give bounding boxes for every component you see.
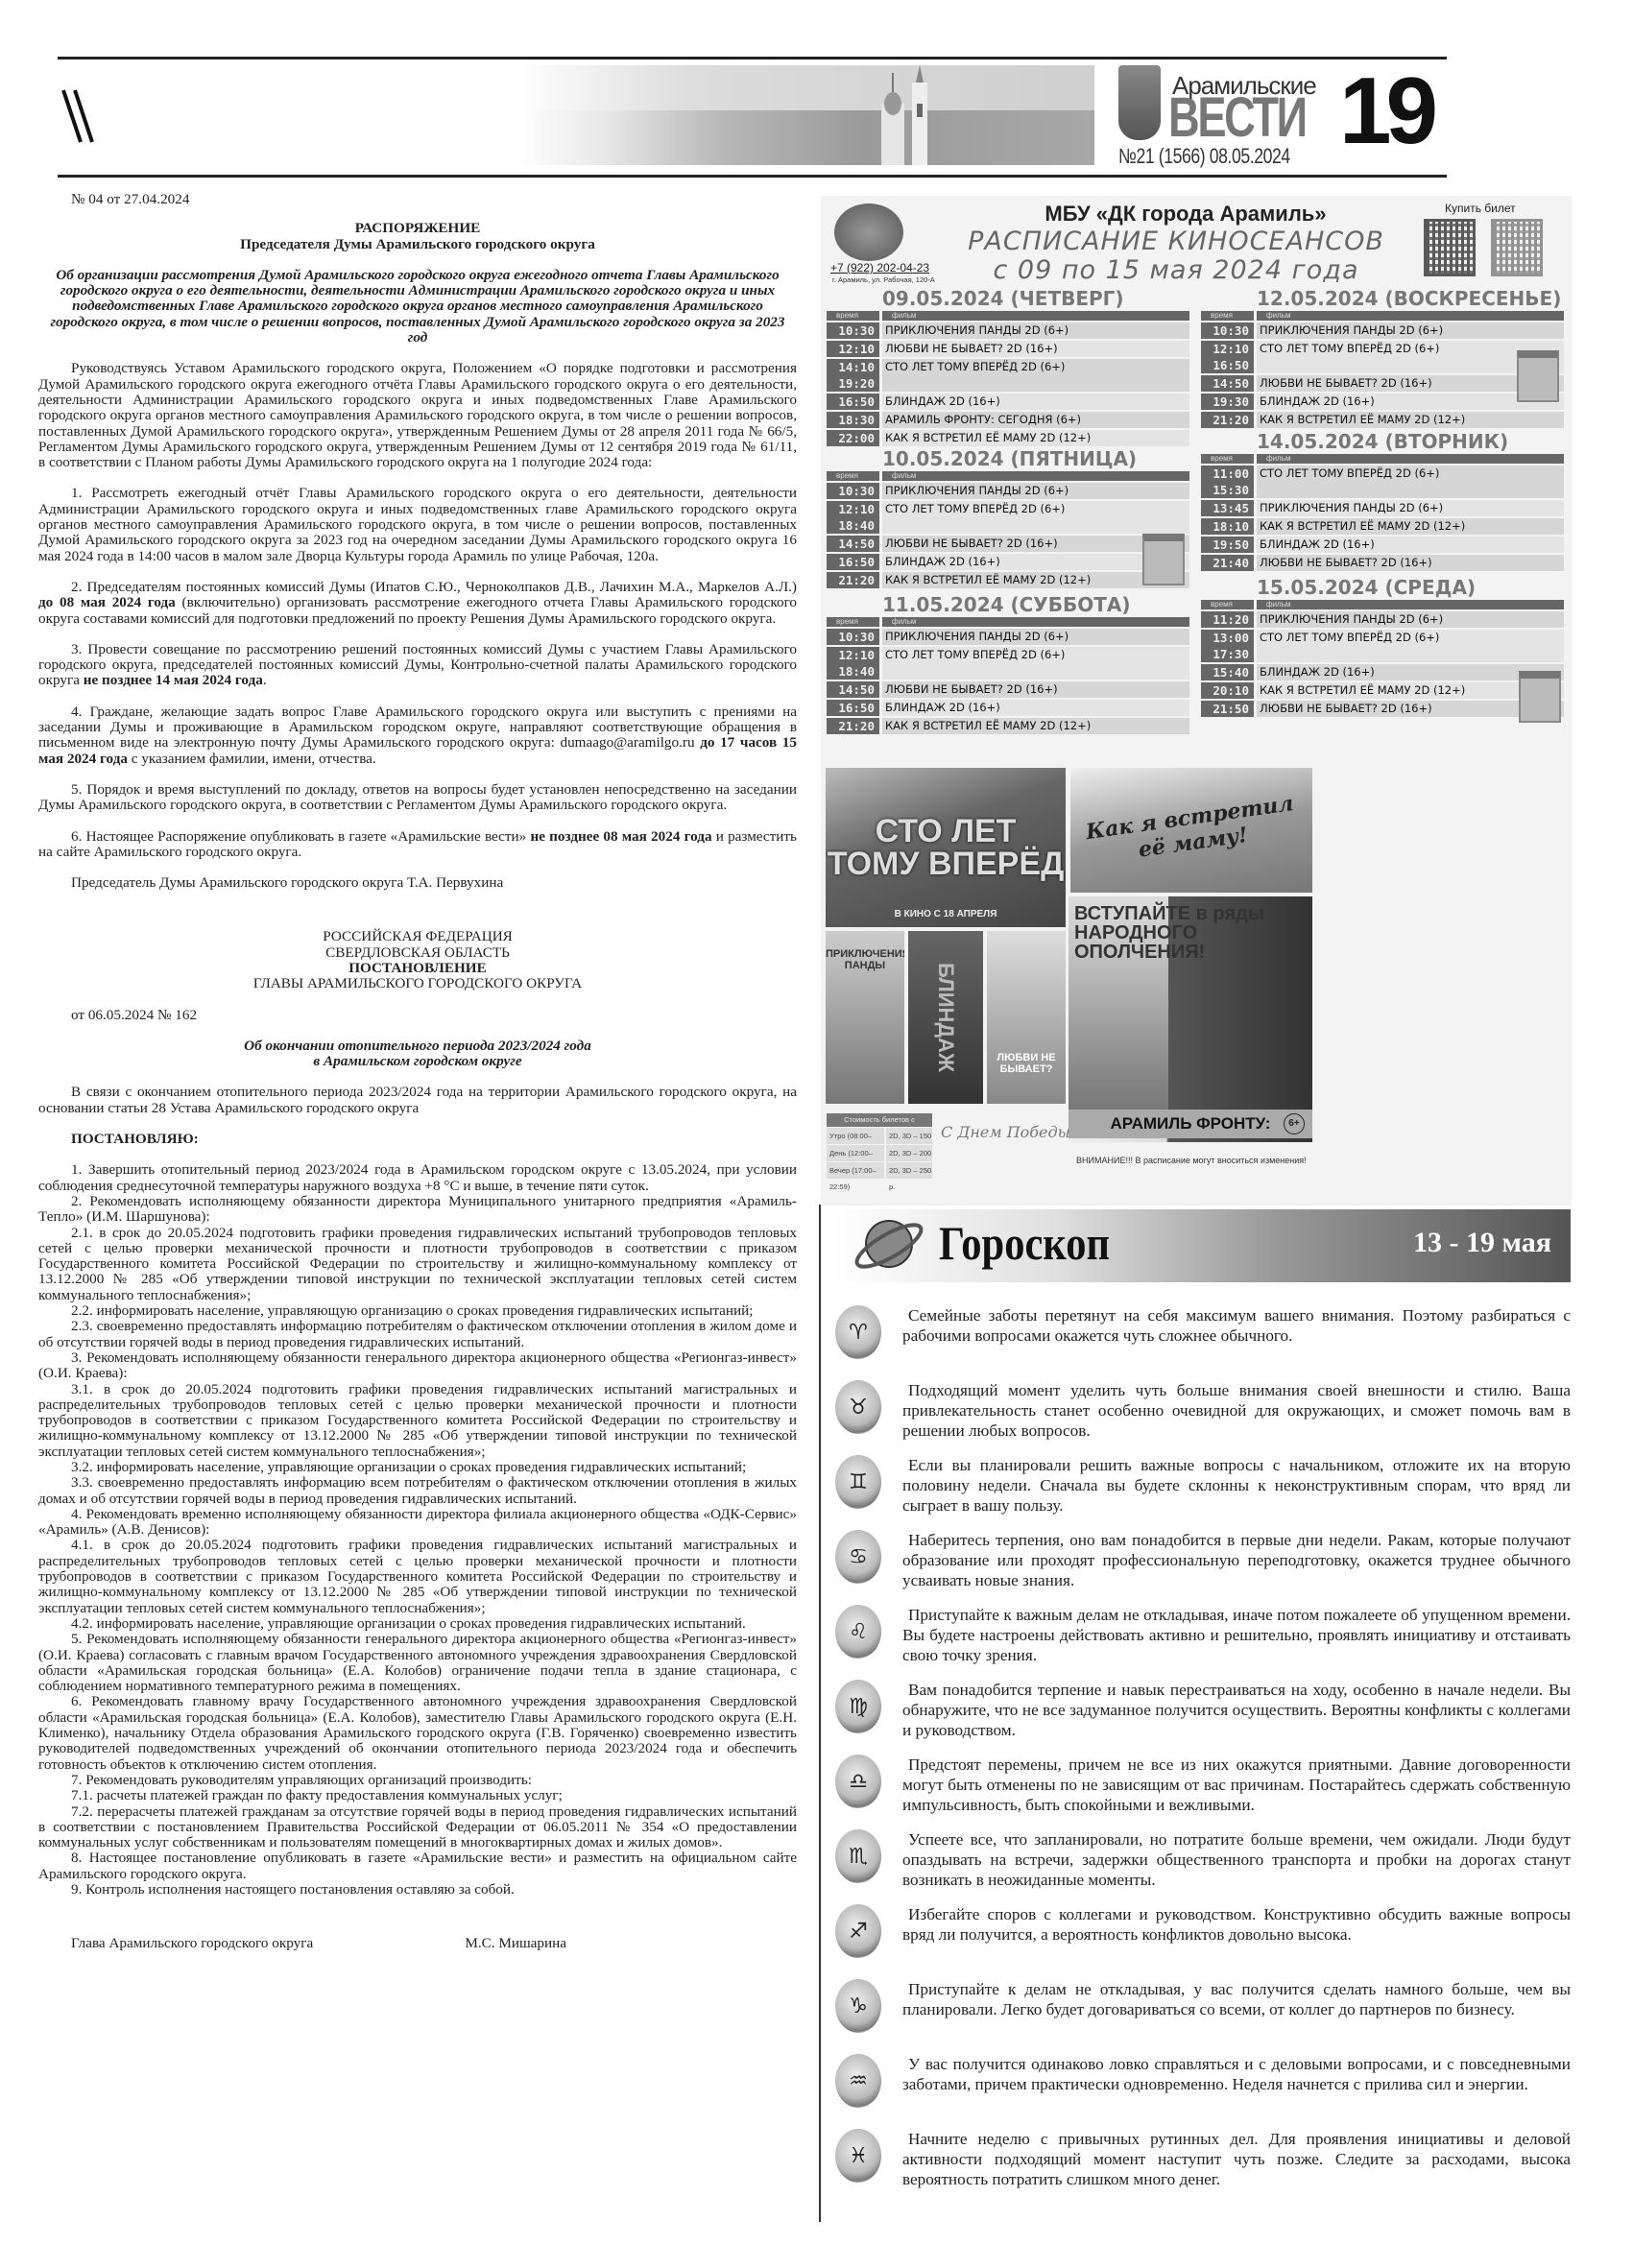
film-title: БЛИНДАЖ 2D (16+) (882, 394, 1189, 410)
horoscope-sign-libra: ♎Предстоят перемены, причем не все из ни… (833, 1755, 1571, 1829)
col-film: фильм (882, 471, 1189, 481)
session-times: 19:30 (1201, 394, 1254, 410)
virgo-icon: ♍ (835, 1680, 881, 1733)
schedule-row: 14:50ЛЮБВИ НЕ БЫВАЕТ? 2D (16+) (1201, 375, 1564, 392)
decree-item: 4.1. в срок до 20.05.2024 подготовить гр… (38, 1538, 797, 1615)
order-signature: Председатель Думы Арамильского городског… (38, 875, 797, 891)
schedule-row: 21:40ЛЮБВИ НЕ БЫВАЕТ? 2D (16+) (1201, 555, 1564, 571)
horoscope-sign-capricorn: ♑Приступайте к делам не откладывая, у ва… (833, 1979, 1571, 2054)
cinema-logo-icon (834, 203, 903, 261)
decree-item: 7.2. перерасчеты платежей гражданам за о… (38, 1804, 797, 1851)
col-time: время (827, 311, 879, 321)
session-time: 19:30 (1201, 394, 1249, 410)
session-time: 16:50 (827, 700, 875, 716)
film-title: КАК Я ВСТРЕТИЛ ЕЁ МАМУ 2D (12+) (1257, 412, 1564, 428)
newspaper-logo: Арамильские ВЕСТИ №21 (1566) 08.05.2024 … (1117, 65, 1448, 169)
horoscope-sign-pisces: ♓Начните неделю с привычных рутинных дел… (833, 2129, 1571, 2204)
horoscope-dates: 13 - 19 мая (1413, 1209, 1551, 1277)
official-documents-column: № 04 от 27.04.2024 РАСПОРЯЖЕНИЕ Председа… (38, 192, 797, 1952)
session-time: 21:20 (827, 718, 875, 734)
poster-priklyucheniya-pandy: ПРИКЛЮЧЕНИЯ ПАНДЫ (826, 931, 904, 1104)
session-times: 13:45 (1201, 500, 1254, 516)
decree-item: 2. Рекомендовать исполняющему обязанност… (38, 1194, 797, 1226)
schedule-row: 19:50БЛИНДАЖ 2D (16+) (1201, 537, 1564, 553)
horoscope-sign-aries: ♈Семейные заботы перетянут на себя макси… (833, 1305, 1571, 1380)
decree-item: 6. Рекомендовать главному врачу Государс… (38, 1694, 797, 1772)
session-times: 12:1018:40 (827, 647, 879, 680)
order-title: РАСПОРЯЖЕНИЕ (38, 221, 797, 236)
decree-signature: Глава Арамильского городского округаМ.С.… (38, 1936, 797, 1951)
masthead-bottom-rule (58, 175, 1447, 178)
decree-item: 4.2. информировать население, управляющи… (38, 1616, 797, 1632)
session-times: 22:00 (827, 430, 879, 446)
cancer-icon: ♋ (835, 1530, 881, 1584)
schedule-row: 21:50ЛЮБВИ НЕ БЫВАЕТ? 2D (16+) (1201, 701, 1564, 717)
schedule-row: 15:40БЛИНДАЖ 2D (16+) (1201, 664, 1564, 680)
order-item-1: 1. Рассмотреть ежегодный отчёт Главы Ара… (38, 486, 797, 563)
film-title: ПРИКЛЮЧЕНИЯ ПАНДЫ 2D (6+) (1257, 611, 1564, 628)
schedule-row: 14:50ЛЮБВИ НЕ БЫВАЕТ? 2D (16+) (827, 536, 1189, 552)
col-film: фильм (1257, 454, 1564, 464)
decree-resolve: ПОСТАНОВЛЯЮ: (38, 1132, 797, 1147)
order-number-date: № 04 от 27.04.2024 (38, 192, 797, 207)
schedule-row: 10:30ПРИКЛЮЧЕНИЯ ПАНДЫ 2D (6+) (1201, 322, 1564, 339)
schedule-row: 12:1016:50СТО ЛЕТ ТОМУ ВПЕРЁД 2D (6+) (1201, 341, 1564, 373)
schedule-table-header: времяфильм (827, 311, 1189, 321)
session-time: 15:40 (1201, 664, 1249, 680)
schedule-row: 11:0015:30СТО ЛЕТ ТОМУ ВПЕРЁД 2D (6+) (1201, 466, 1564, 498)
order-item-2: 2. Председателям постоянных комиссий Дум… (38, 580, 797, 627)
film-title: ПРИКЛЮЧЕНИЯ ПАНДЫ 2D (6+) (882, 322, 1189, 339)
session-times: 18:30 (827, 412, 879, 428)
horoscope-text: Подходящий момент уделить чуть больше вн… (902, 1380, 1571, 1441)
poster-sto-let-tomu-vpered: СТО ЛЕТ ТОМУ ВПЕРЁДВ КИНО С 18 АПРЕЛЯ (826, 768, 1066, 927)
schedule-day: 14.05.2024 (ВТОРНИК)времяфильм11:0015:30… (1201, 430, 1564, 573)
buy-ticket-qr-icon[interactable] (1424, 219, 1476, 276)
clapperboard-qr-icon[interactable] (1519, 671, 1561, 723)
session-times: 10:30 (827, 629, 879, 645)
film-title: КАК Я ВСТРЕТИЛ ЕЁ МАМУ 2D (12+) (1257, 518, 1564, 535)
schedule-day: 15.05.2024 (СРЕДА)времяфильм11:20ПРИКЛЮЧ… (1201, 576, 1564, 719)
session-time: 10:30 (827, 322, 875, 339)
decorative-slashes-icon (60, 88, 117, 144)
col-time: время (827, 471, 879, 481)
session-times: 14:50 (1201, 375, 1254, 392)
page-number: 19 (1339, 63, 1432, 157)
session-time: 21:40 (1201, 555, 1249, 571)
decree-preamble: В связи с окончанием отопительного перио… (38, 1085, 797, 1116)
session-times: 16:50 (827, 700, 879, 716)
decree-item: 8. Настоящее постановление опубликовать … (38, 1850, 797, 1882)
schedule-day-date: 09.05.2024 (ЧЕТВЕРГ) (827, 287, 1189, 311)
schedule-row: 21:20КАК Я ВСТРЕТИЛ ЕЁ МАМУ 2D (12+) (1201, 412, 1564, 428)
session-time: 13:00 (1201, 630, 1249, 646)
film-title: БЛИНДАЖ 2D (16+) (1257, 664, 1564, 680)
buy-ticket-qr-icon-2[interactable] (1491, 219, 1543, 276)
decree-item: 3.3. своевременно предоставлять информац… (38, 1475, 797, 1507)
session-times: 21:20 (827, 572, 879, 588)
film-title: СТО ЛЕТ ТОМУ ВПЕРЁД 2D (6+) (1257, 466, 1564, 498)
schedule-day-date: 12.05.2024 (ВОСКРЕСЕНЬЕ) (1201, 287, 1564, 311)
horoscope-sign-gemini: ♊Если вы планировали решить важные вопро… (833, 1455, 1571, 1530)
schedule-row: 13:45ПРИКЛЮЧЕНИЯ ПАНДЫ 2D (6+) (1201, 500, 1564, 516)
order-subtitle: Председателя Думы Арамильского городског… (38, 237, 797, 252)
session-times: 15:40 (1201, 664, 1254, 680)
decree-header-author: ГЛАВЫ АРАМИЛЬСКОГО ГОРОДСКОГО ОКРУГА (38, 976, 797, 991)
session-time: 17:30 (1201, 646, 1249, 662)
decree-item: 3. Рекомендовать исполняющему обязанност… (38, 1350, 797, 1382)
decree-item: 1. Завершить отопительный период 2023/20… (38, 1162, 797, 1194)
church-banner-photo (518, 65, 1094, 165)
schedule-row: 16:50БЛИНДАЖ 2D (16+) (827, 700, 1189, 716)
film-title: БЛИНДАЖ 2D (16+) (882, 700, 1189, 716)
planet-icon (851, 1206, 927, 1282)
order-item-5: 5. Порядок и время выступлений по доклад… (38, 782, 797, 814)
col-time: время (827, 617, 879, 627)
schedule-day: 12.05.2024 (ВОСКРЕСЕНЬЕ)времяфильм10:30П… (1201, 287, 1564, 430)
logo-name-big: ВЕСТИ (1168, 90, 1306, 146)
horoscope-sign-sagittarius: ♐Избегайте споров с коллегами и руководс… (833, 1904, 1571, 1979)
schedule-row: 14:50ЛЮБВИ НЕ БЫВАЕТ? 2D (16+) (827, 681, 1189, 698)
decree-header-type: ПОСТАНОВЛЕНИЕ (38, 961, 797, 976)
clapperboard-qr-icon[interactable] (1517, 350, 1559, 402)
session-times: 16:50 (827, 554, 879, 570)
col-film: фильм (1257, 311, 1564, 321)
session-time: 19:50 (1201, 537, 1249, 553)
film-title: СТО ЛЕТ ТОМУ ВПЕРЁД 2D (6+) (882, 647, 1189, 680)
schedule-row: 16:50БЛИНДАЖ 2D (16+) (827, 554, 1189, 570)
session-time: 21:20 (827, 572, 875, 588)
col-film: фильм (882, 617, 1189, 627)
horoscope-text: Вам понадобится терпение и навык перестр… (902, 1680, 1571, 1740)
session-times: 18:10 (1201, 518, 1254, 535)
session-times: 12:1016:50 (1201, 341, 1254, 373)
cinema-address: г. Арамиль, ул. Рабочая, 120-А (832, 275, 935, 284)
session-time: 14:50 (827, 681, 875, 698)
session-time: 11:00 (1201, 466, 1249, 482)
masthead-top-rule (58, 57, 1447, 60)
ticket-prices-table: Стоимость билетов с 01.01.2023 Утро (08:… (827, 1113, 932, 1179)
col-time: время (1201, 311, 1254, 321)
decree-item: 2.1. в срок до 20.05.2024 подготовить гр… (38, 1226, 797, 1303)
schedule-day-date: 10.05.2024 (ПЯТНИЦА) (827, 447, 1189, 471)
cinema-title: РАСПИСАНИЕ КИНОСЕАНСОВс 09 по 15 мая 202… (926, 227, 1426, 285)
session-times: 14:50 (827, 536, 879, 552)
film-title: ЛЮБВИ НЕ БЫВАЕТ? 2D (16+) (1257, 555, 1564, 571)
film-title: АРАМИЛЬ ФРОНТУ: СЕГОДНЯ (6+) (882, 412, 1189, 428)
col-film: фильм (1257, 600, 1564, 609)
poster-blindazh: БЛИНДАЖ (908, 931, 983, 1104)
schedule-day: 09.05.2024 (ЧЕТВЕРГ)времяфильм10:30ПРИКЛ… (827, 287, 1189, 448)
poster-kak-ya-vstretil: Как я встретил её маму! (1070, 768, 1312, 893)
session-time: 10:30 (827, 629, 875, 645)
horoscope-title: Гороскоп (939, 1209, 1110, 1277)
session-time: 16:50 (1201, 357, 1249, 373)
order-item-6: 6. Настоящее Распоряжение опубликовать в… (38, 829, 797, 861)
decree-item: 3.2. информировать население, управляющи… (38, 1460, 797, 1475)
order-item-4: 4. Граждане, желающие задать вопрос Глав… (38, 704, 797, 767)
horoscope-text: Успеете все, что запланировали, но потра… (902, 1829, 1571, 1890)
film-title: ПРИКЛЮЧЕНИЯ ПАНДЫ 2D (6+) (1257, 322, 1564, 339)
schedule-row: 21:20КАК Я ВСТРЕТИЛ ЕЁ МАМУ 2D (12+) (827, 718, 1189, 734)
session-times: 10:30 (827, 322, 879, 339)
horoscope-sign-taurus: ♉Подходящий момент уделить чуть больше в… (833, 1380, 1571, 1455)
gemini-icon: ♊ (835, 1455, 881, 1509)
horoscope-sign-cancer: ♋Наберитесь терпения, оно вам понадобитс… (833, 1530, 1571, 1605)
cinema-organization: МБУ «ДК города Арамиль» (974, 202, 1397, 227)
poster-lyubvi-ne-byvaet: ЛЮБВИ НЕ БЫВАЕТ? (987, 931, 1066, 1104)
session-times: 21:20 (827, 718, 879, 734)
horoscope-sign-leo: ♌Приступайте к важным делам не откладыва… (833, 1605, 1571, 1680)
horoscope-text: Приступайте к делам не откладывая, у вас… (902, 1979, 1571, 2019)
film-title: СТО ЛЕТ ТОМУ ВПЕРЁД 2D (6+) (1257, 630, 1564, 662)
session-times: 21:50 (1201, 701, 1254, 717)
session-time: 12:10 (1201, 341, 1249, 357)
schedule-row: 18:30АРАМИЛЬ ФРОНТУ: СЕГОДНЯ (6+) (827, 412, 1189, 428)
schedule-row: 10:30ПРИКЛЮЧЕНИЯ ПАНДЫ 2D (6+) (827, 629, 1189, 645)
session-times: 10:30 (827, 483, 879, 499)
schedule-row: 10:30ПРИКЛЮЧЕНИЯ ПАНДЫ 2D (6+) (827, 322, 1189, 339)
capricorn-icon: ♑ (835, 1979, 881, 2033)
film-title: ПРИКЛЮЧЕНИЯ ПАНДЫ 2D (6+) (1257, 500, 1564, 516)
victory-day-greeting: С Днем Победы (941, 1123, 1070, 1141)
order-preamble: Руководствуясь Уставом Арамильского горо… (38, 361, 797, 470)
session-times: 11:20 (1201, 611, 1254, 628)
film-title: ЛЮБВИ НЕ БЫВАЕТ? 2D (16+) (882, 681, 1189, 698)
session-time: 21:50 (1201, 701, 1249, 717)
schedule-table-header: времяфильм (1201, 454, 1564, 464)
schedule-row: 10:30ПРИКЛЮЧЕНИЯ ПАНДЫ 2D (6+) (827, 483, 1189, 499)
order-item-3: 3. Провести совещание по рассмотрению ре… (38, 642, 797, 689)
session-time: 14:50 (1201, 375, 1249, 392)
col-time: время (1201, 600, 1254, 609)
session-times: 12:1018:40 (827, 501, 879, 534)
session-time: 18:10 (1201, 518, 1249, 535)
col-film: фильм (882, 311, 1189, 321)
horoscope-signs: ♈Семейные заботы перетянут на себя макси… (833, 1305, 1571, 2204)
schedule-table-header: времяфильм (1201, 600, 1564, 609)
horoscope-header: Гороскоп 13 - 19 мая (833, 1209, 1571, 1282)
schedule-day-date: 11.05.2024 (СУББОТА) (827, 593, 1189, 617)
session-times: 14:1019:20 (827, 359, 879, 392)
col-time: время (1201, 454, 1254, 464)
sagittarius-icon: ♐ (835, 1904, 881, 1958)
decree-items-list: 1. Завершить отопительный период 2023/20… (38, 1162, 797, 1898)
coat-of-arms-icon (1118, 65, 1161, 140)
session-time: 10:30 (827, 483, 875, 499)
schedule-row: 22:00КАК Я ВСТРЕТИЛ ЕЁ МАМУ 2D (12+) (827, 430, 1189, 446)
film-title: КАК Я ВСТРЕТИЛ ЕЁ МАМУ 2D (12+) (882, 430, 1189, 446)
session-time: 15:30 (1201, 482, 1249, 498)
decree-item: 3.1. в срок до 20.05.2024 подготовить гр… (38, 1382, 797, 1460)
schedule-day-date: 15.05.2024 (СРЕДА) (1201, 576, 1564, 600)
horoscope-text: Предстоят перемены, причем не все из них… (902, 1755, 1571, 1815)
film-title: ПРИКЛЮЧЕНИЯ ПАНДЫ 2D (6+) (882, 629, 1189, 645)
schedule-table-header: времяфильм (827, 471, 1189, 481)
decree-title-line-1: Об окончании отопительного периода 2023/… (38, 1039, 797, 1054)
film-title: КАК Я ВСТРЕТИЛ ЕЁ МАМУ 2D (12+) (1257, 682, 1564, 699)
session-times: 14:50 (827, 681, 879, 698)
session-times: 11:0015:30 (1201, 466, 1254, 498)
horoscope-text: Избегайте споров с коллегами и руководст… (902, 1904, 1571, 1945)
decree-item: 7.1. расчеты платежей граждан по факту п… (38, 1788, 797, 1803)
film-title: БЛИНДАЖ 2D (16+) (1257, 537, 1564, 553)
session-times: 21:20 (1201, 412, 1254, 428)
schedule-row: 14:1019:20СТО ЛЕТ ТОМУ ВПЕРЁД 2D (6+) (827, 359, 1189, 392)
film-title: СТО ЛЕТ ТОМУ ВПЕРЁД 2D (6+) (882, 501, 1189, 534)
session-times: 21:40 (1201, 555, 1254, 571)
horoscope-sign-virgo: ♍Вам понадобится терпение и навык перест… (833, 1680, 1571, 1755)
schedule-row: 11:20ПРИКЛЮЧЕНИЯ ПАНДЫ 2D (6+) (1201, 611, 1564, 628)
schedule-row: 20:10КАК Я ВСТРЕТИЛ ЕЁ МАМУ 2D (12+) (1201, 682, 1564, 699)
cinema-header: +7 (922) 202-04-23 г. Арамиль, ул. Рабоч… (821, 196, 1572, 290)
horoscope-sign-aquarius: ♒У вас получится одинаково ловко справля… (833, 2054, 1571, 2129)
session-times: 10:30 (1201, 322, 1254, 339)
church-icon (874, 65, 941, 165)
scorpio-icon: ♏ (835, 1829, 881, 1883)
horoscope-text: У вас получится одинаково ловко справлят… (902, 2054, 1571, 2094)
decree-item: 2.2. информировать население, управляющу… (38, 1303, 797, 1319)
session-time: 11:20 (1201, 611, 1249, 628)
schedule-row: 21:20КАК Я ВСТРЕТИЛ ЕЁ МАМУ 2D (12+) (827, 572, 1189, 588)
schedule-warning: ВНИМАНИЕ!!! В расписание могут вноситься… (1076, 1156, 1307, 1165)
schedule-row: 12:10ЛЮБВИ НЕ БЫВАЕТ? 2D (16+) (827, 341, 1189, 357)
schedule-row: 12:1018:40СТО ЛЕТ ТОМУ ВПЕРЁД 2D (6+) (827, 647, 1189, 680)
taurus-icon: ♉ (835, 1380, 881, 1434)
schedule-row: 13:0017:30СТО ЛЕТ ТОМУ ВПЕРЁД 2D (6+) (1201, 630, 1564, 662)
issue-number: №21 (1566) 08.05.2024 (1118, 144, 1290, 169)
clapperboard-qr-icon[interactable] (1142, 534, 1185, 585)
leo-icon: ♌ (835, 1605, 881, 1659)
schedule-row: 12:1018:40СТО ЛЕТ ТОМУ ВПЕРЁД 2D (6+) (827, 501, 1189, 534)
session-time: 14:10 (827, 359, 875, 375)
schedule-row: 16:50БЛИНДАЖ 2D (16+) (827, 394, 1189, 410)
film-title: ЛЮБВИ НЕ БЫВАЕТ? 2D (16+) (882, 341, 1189, 357)
age-rating-badge: 6+ (1284, 1113, 1305, 1134)
horoscope-text: Наберитесь терпения, оно вам понадобится… (902, 1530, 1571, 1590)
film-title: СТО ЛЕТ ТОМУ ВПЕРЁД 2D (6+) (882, 359, 1189, 392)
session-time: 12:10 (827, 647, 875, 663)
session-time: 12:10 (827, 501, 875, 517)
schedule-day-date: 14.05.2024 (ВТОРНИК) (1201, 430, 1564, 454)
decree-item: 2.3. своевременно предоставлять информац… (38, 1319, 797, 1350)
schedule-row: 18:10КАК Я ВСТРЕТИЛ ЕЁ МАМУ 2D (12+) (1201, 518, 1564, 535)
schedule-table-header: времяфильм (1201, 311, 1564, 321)
session-time: 16:50 (827, 554, 875, 570)
buy-ticket-label: Купить билет (1445, 202, 1516, 215)
session-time: 10:30 (1201, 322, 1249, 339)
horoscope-text: Приступайте к важным делам не откладывая… (902, 1605, 1571, 1665)
session-time: 20:10 (1201, 682, 1249, 699)
decree-title-line-2: в Арамильском городском округе (38, 1054, 797, 1069)
horoscope-sign-scorpio: ♏Успеете все, что запланировали, но потр… (833, 1829, 1571, 1904)
decree-header-region: СВЕРДЛОВСКАЯ ОБЛАСТЬ (38, 945, 797, 961)
session-time: 18:40 (827, 663, 875, 680)
order-heading: Об организации рассмотрения Думой Арамил… (38, 268, 797, 346)
film-title: КАК Я ВСТРЕТИЛ ЕЁ МАМУ 2D (12+) (882, 718, 1189, 734)
cinema-schedule: +7 (922) 202-04-23 г. Арамиль, ул. Рабоч… (821, 196, 1572, 1206)
film-title: ПРИКЛЮЧЕНИЯ ПАНДЫ 2D (6+) (882, 483, 1189, 499)
decree-item: 9. Контроль исполнения настоящего постан… (38, 1882, 797, 1898)
session-time: 13:45 (1201, 500, 1249, 516)
decree-date-number: от 06.05.2024 № 162 (38, 1008, 797, 1023)
schedule-day: 10.05.2024 (ПЯТНИЦА)времяфильм10:30ПРИКЛ… (827, 447, 1189, 590)
session-time: 12:10 (827, 341, 875, 357)
aquarius-icon: ♒ (835, 2054, 881, 2108)
session-times: 12:10 (827, 341, 879, 357)
schedule-row: 19:30БЛИНДАЖ 2D (16+) (1201, 394, 1564, 410)
film-title: ЛЮБВИ НЕ БЫВАЕТ? 2D (16+) (1257, 701, 1564, 717)
session-time: 19:20 (827, 375, 875, 392)
schedule-day: 11.05.2024 (СУББОТА)времяфильм10:30ПРИКЛ… (827, 593, 1189, 736)
decree-item: 7. Рекомендовать руководителям управляющ… (38, 1773, 797, 1788)
session-time: 18:40 (827, 517, 875, 534)
session-time: 18:30 (827, 412, 875, 428)
session-time: 22:00 (827, 430, 875, 446)
session-time: 14:50 (827, 536, 875, 552)
session-time: 16:50 (827, 394, 875, 410)
session-times: 16:50 (827, 394, 879, 410)
decree-item: 5. Рекомендовать исполняющему обязанност… (38, 1632, 797, 1694)
horoscope-text: Если вы планировали решить важные вопрос… (902, 1455, 1571, 1516)
horoscope-text: Начните неделю с привычных рутинных дел.… (902, 2129, 1571, 2189)
session-times: 13:0017:30 (1201, 630, 1254, 662)
aries-icon: ♈ (835, 1305, 881, 1359)
libra-icon: ♎ (835, 1755, 881, 1808)
schedule-table-header: времяфильм (827, 617, 1189, 627)
session-times: 20:10 (1201, 682, 1254, 699)
session-time: 21:20 (1201, 412, 1249, 428)
poster-aramil-frontu: ВСТУПАЙТЕ в ряды НАРОДНОГО ОПОЛЧЕНИЯ! АР… (1069, 896, 1312, 1142)
cinema-phone[interactable]: +7 (922) 202-04-23 (830, 261, 929, 275)
session-times: 19:50 (1201, 537, 1254, 553)
pisces-icon: ♓ (835, 2129, 881, 2183)
horoscope-text: Семейные заботы перетянут на себя максим… (902, 1305, 1571, 1346)
decree-item: 4. Рекомендовать временно исполняющему о… (38, 1507, 797, 1539)
decree-header-country: РОССИЙСКАЯ ФЕДЕРАЦИЯ (38, 929, 797, 944)
